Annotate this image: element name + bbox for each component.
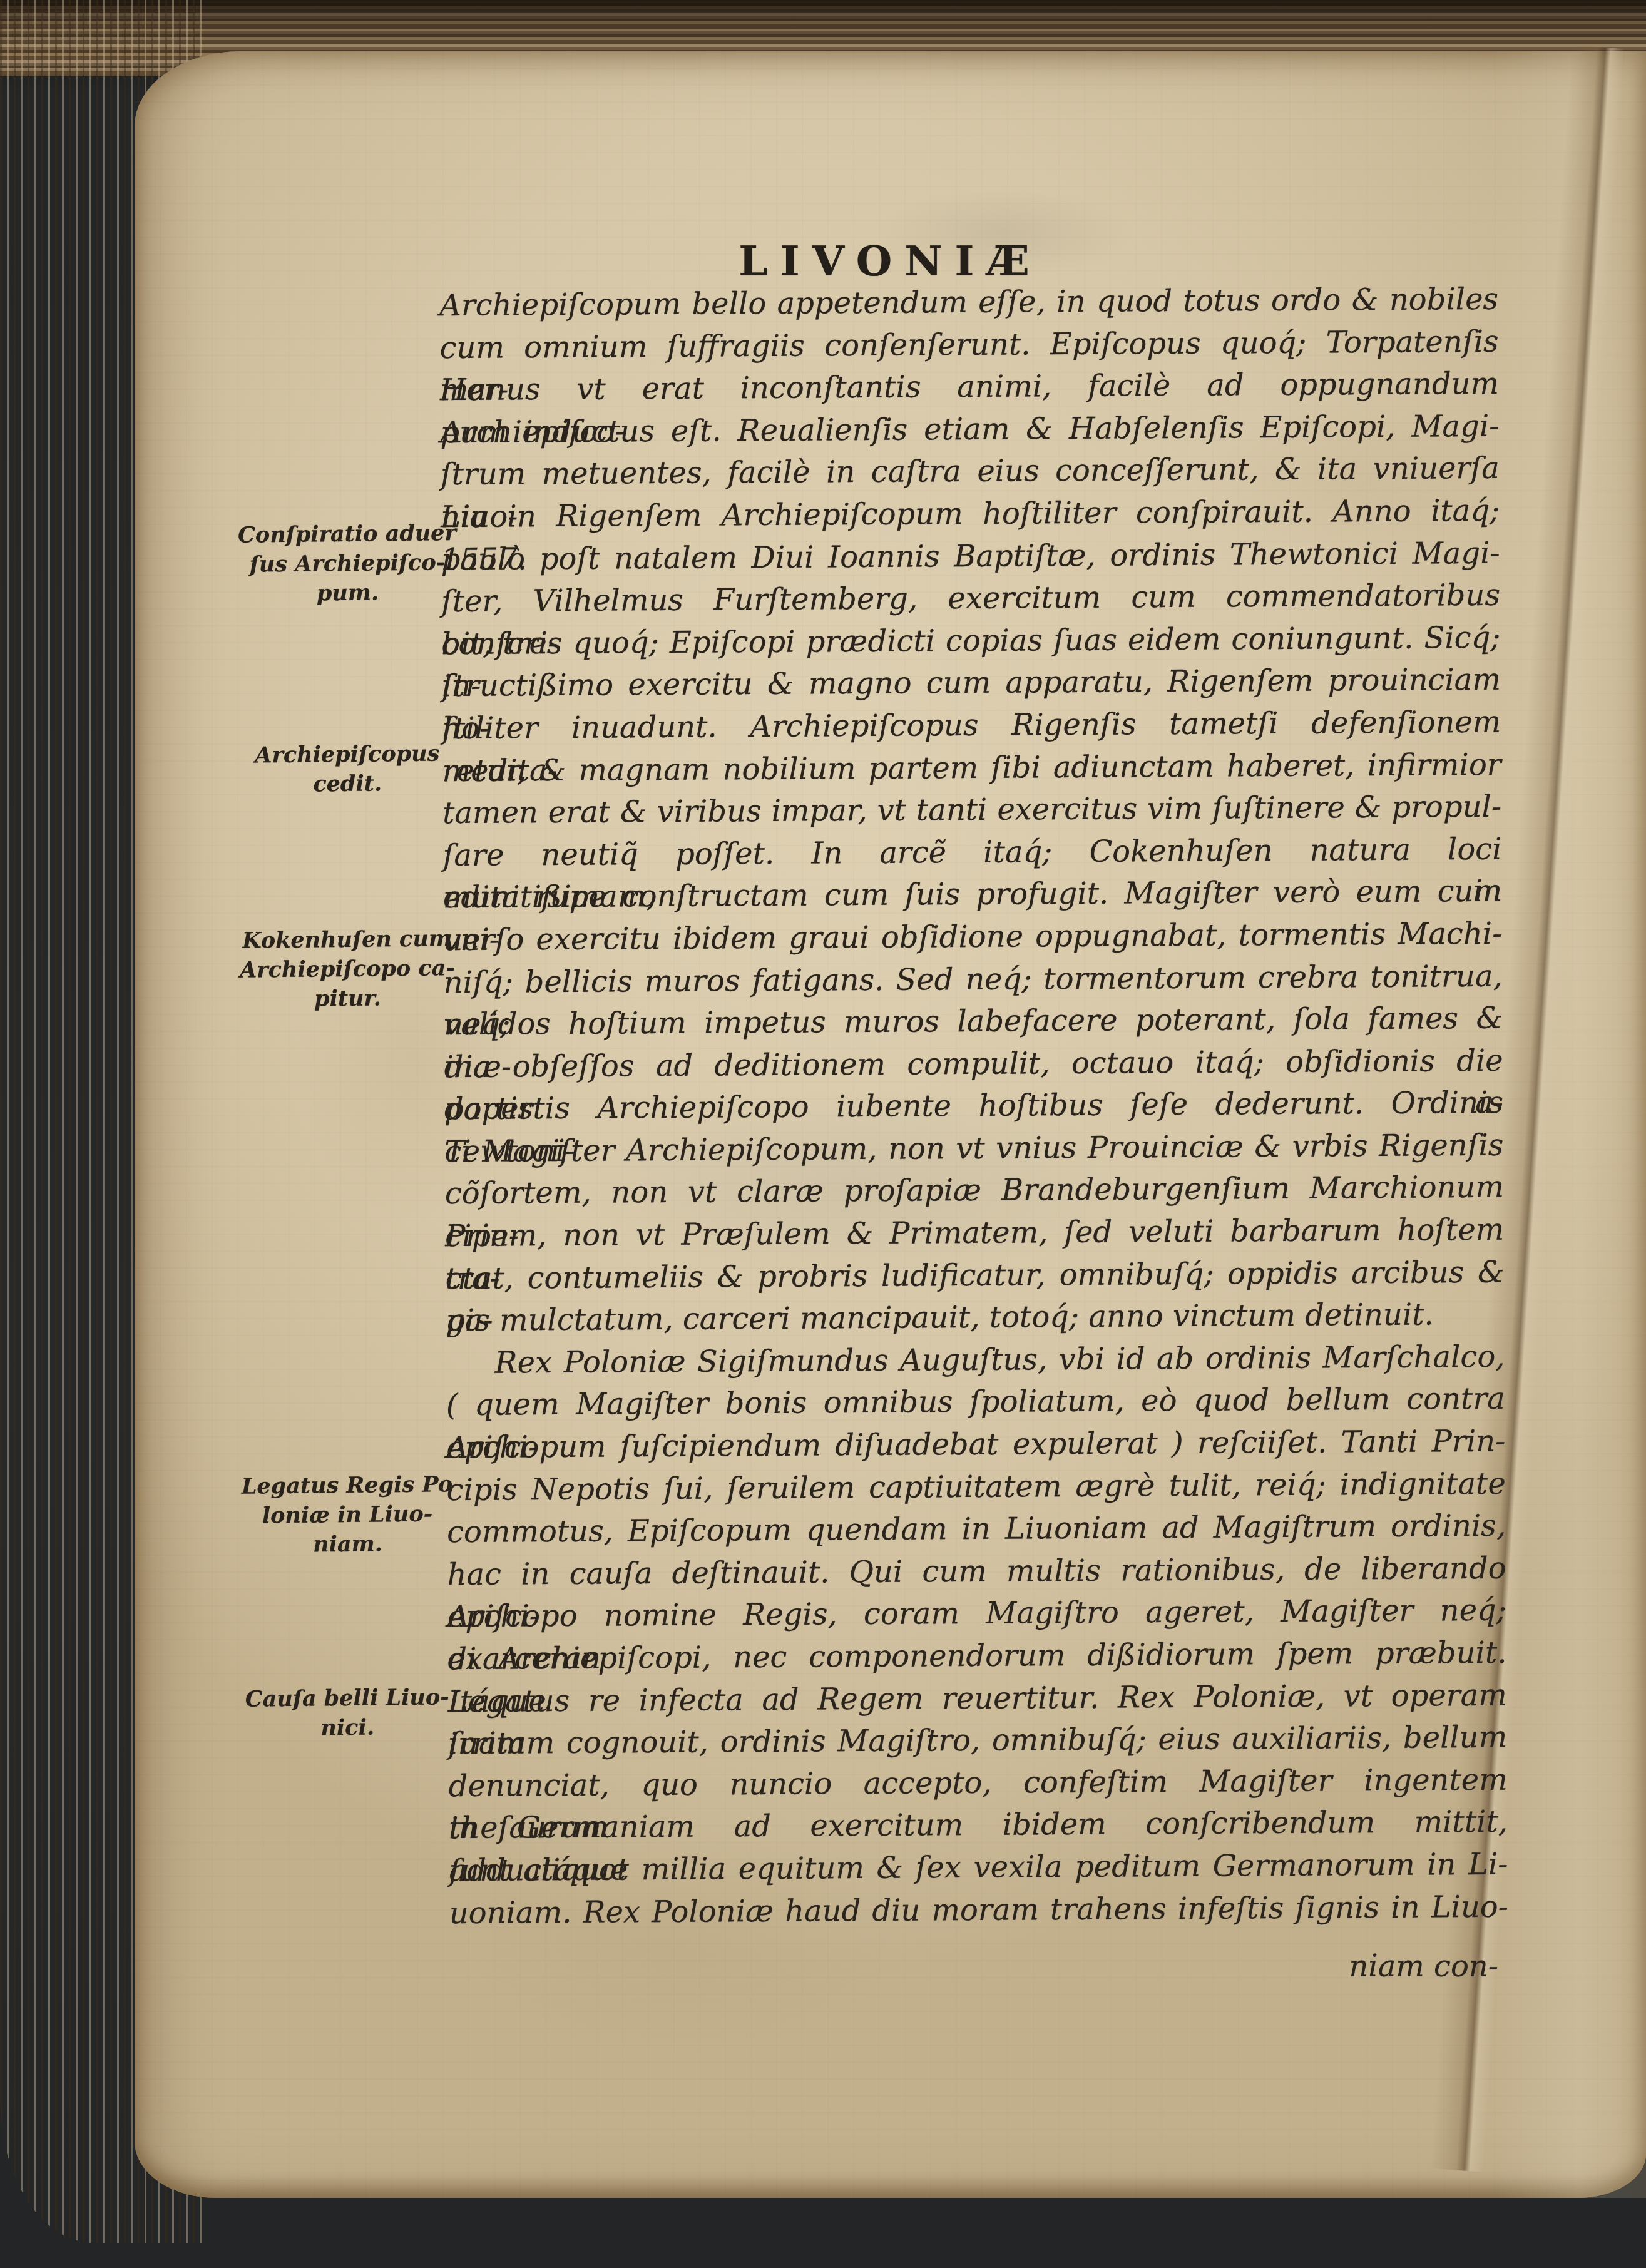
body-line: paulò poſt natalem Diui Ioannis Baptiſtæ…: [441, 532, 1500, 581]
body-line: commotus, Epiſcopum quendam in Liuoniam …: [447, 1505, 1506, 1554]
body-line: cõſortem, non vt claræ proſapiæ Brandebu…: [445, 1167, 1504, 1215]
body-line: epiſcopum ſuſcipiendum diſuadebat expule…: [446, 1421, 1505, 1469]
body-line: ſtructißimo exercitu & magno cum apparat…: [442, 659, 1501, 708]
body-line: ſtiliter inuadunt. Archiepiſcopus Rigenſ…: [442, 702, 1501, 750]
body-line: manus vt erat inconſtantis animi, facilè…: [440, 363, 1499, 412]
body-line: Archiepiſcopum bello appetendum eſſe, in…: [439, 278, 1498, 327]
body-line: epiſcopo nomine Regis, coram Magiſtro ag…: [447, 1590, 1506, 1638]
body-line: di Archiepiſcopi, nec componendorum dißi…: [447, 1632, 1506, 1681]
body-line: ſtrum metuentes, facilè in caſtra eius c…: [441, 447, 1500, 496]
body-line: dapertis Archiepiſcopo iubente hoſtibus …: [444, 1082, 1503, 1131]
body-line: bit, tres quoq́; Epiſcopi prædicti copia…: [441, 617, 1500, 666]
body-line: Rex Poloniæ Sigiſmundus Auguſtus, vbi id…: [446, 1336, 1505, 1385]
body-line: uerſo exercitu ibidem graui obſidione op…: [443, 913, 1502, 962]
body-line: irritam cognouit, ordinis Magiſtro, omni…: [448, 1717, 1507, 1765]
body-line: denunciat, quo nuncio accepto, confeſtim…: [448, 1759, 1507, 1808]
body-line: hac in cauſa deſtinauit. Qui cum multis …: [447, 1548, 1506, 1596]
body-line: pum inductus eſt. Reualienſis etiam & Ha…: [440, 406, 1499, 454]
body-line: retur, & magnam nobilium partem ſibi adi…: [442, 743, 1501, 792]
body-line: ctat, contumeliis & probris ludificatur,…: [445, 1251, 1504, 1300]
body-line: ſunt aliquot millia equitum & ſex vexila…: [449, 1844, 1508, 1893]
body-line: gis mulctatum, carceri mancipauit, totoq…: [446, 1294, 1505, 1342]
body-line: cipis Nepotis ſui, ſeruilem captiuitatem…: [447, 1463, 1506, 1511]
text-block: Archiepiſcopum bello appetendum eſſe, in…: [439, 278, 1508, 1934]
body-line: uoniam. Rex Poloniæ haud diu moram trahe…: [449, 1886, 1508, 1934]
body-line: dia obſeſſos ad deditionem compulit, oct…: [444, 1040, 1503, 1089]
body-line: nia in Rigenſem Archiepiſcopum hoſtilite…: [441, 490, 1500, 539]
body-line: ( quem Magiſter bonis omnibus ſpoliatum,…: [446, 1378, 1505, 1427]
body-line: ſare neutiq̃ poſſet. In arcẽ itaq́; Coke…: [442, 829, 1501, 877]
body-line: cum omnium ſuffragiis conſenſerunt. Epiſ…: [439, 320, 1498, 369]
page-title: LIVONIÆ: [135, 237, 1646, 285]
book-page: LIVONIÆ Archiepiſcopum bello appetendum …: [135, 51, 1646, 2198]
body-line: ſter, Vilhelmus Furſtemberg, exercitum c…: [441, 575, 1500, 623]
body-line: Legatus re infecta ad Regem reuertitur. …: [448, 1674, 1507, 1723]
body-line: validos hoſtium impetus muros labefacere…: [444, 998, 1503, 1046]
body-line: niſq́; bellicis muros fatigans. Sed neq́…: [444, 955, 1503, 1004]
body-line: in Germaniam ad exercitum ibidem conſcri…: [449, 1801, 1508, 1850]
body-line: ci Magiſter Archiepiſcopum, non vt vnius…: [444, 1125, 1503, 1173]
body-line: cipem, non vt Præſulem & Primatem, ſed v…: [445, 1209, 1504, 1258]
page-right-sheen: [1496, 51, 1646, 2198]
book-scan: LIVONIÆ Archiepiſcopum bello appetendum …: [0, 0, 1646, 2268]
body-line: tamen erat & viribus impar, vt tanti exe…: [442, 786, 1501, 835]
catchword: niam con-: [1349, 1949, 1498, 1984]
body-line: edita rupe conſtructam cum ſuis profugit…: [443, 871, 1502, 919]
